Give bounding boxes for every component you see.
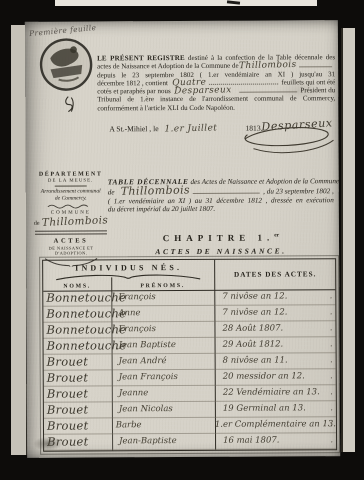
cell-nom: Bonnetouche bbox=[43, 306, 111, 321]
table-row: Bonnetouche François 28 Août 1807.. bbox=[43, 321, 335, 339]
cell-date: 29 Août 1812.. bbox=[215, 337, 336, 353]
departement-label: DÉPARTEMENT bbox=[32, 171, 110, 177]
cell-nom: Brouet bbox=[44, 402, 112, 417]
header-individus-nes: INDIVIDUS NÉS. NOMS. PRÉNOMS. bbox=[43, 260, 214, 291]
table-header: INDIVIDUS NÉS. NOMS. PRÉNOMS. DATES DES … bbox=[43, 259, 335, 292]
cell-nom: Brouet bbox=[44, 354, 112, 369]
table-row: Brouet Jean André 8 nivôse an 11.. bbox=[44, 353, 336, 371]
cell-prenom: François bbox=[111, 290, 214, 306]
group-header-label: INDIVIDUS NÉS. bbox=[43, 263, 214, 273]
row-end-dot: . bbox=[330, 368, 333, 383]
register-note-line2-print: actes de Naissance et Adoption de la Com… bbox=[97, 62, 239, 71]
cell-date: 19 Germinal an 13.. bbox=[215, 401, 336, 417]
binding-mark bbox=[227, 0, 240, 4]
column-header-prenoms: PRÉNOMS. bbox=[111, 283, 214, 290]
commune-name-title-handwritten: Thillombois bbox=[120, 186, 189, 196]
ruled-fill-line bbox=[299, 67, 332, 68]
table-row: Bonnetouche Jean Baptiste 29 Août 1812.. bbox=[44, 337, 336, 355]
cell-prenom: Jeanne bbox=[112, 386, 215, 402]
commune-handwritten-line: de Thillombois bbox=[32, 216, 110, 228]
row-end-dot: . bbox=[330, 416, 333, 431]
date-text: 28 Août 1807. bbox=[222, 323, 283, 333]
double-rule bbox=[35, 231, 107, 235]
chapter-heading: CHAPITRE 1.er ACTES DE NAISSANCE. bbox=[108, 232, 334, 256]
arrondissement-name: de Commercy. bbox=[32, 195, 110, 202]
row-end-dot: . bbox=[330, 432, 333, 447]
register-note-line4-b: feuillets qui ont été bbox=[281, 78, 335, 87]
date-text: 7 nivôse an 12. bbox=[222, 307, 287, 317]
president-signature: Desparseux bbox=[235, 112, 339, 161]
row-end-dot: . bbox=[330, 352, 333, 367]
date-text: 16 mai 1807. bbox=[223, 435, 279, 445]
register-note-line6: Tribunal de 1.ère instance de l'arrondis… bbox=[97, 95, 335, 105]
cell-prenom: Jean François bbox=[112, 370, 215, 386]
table-row: Brouet Barbe 1.er Complémentaire an 13.. bbox=[44, 417, 336, 435]
column-header-dates: DATES DES ACTES. bbox=[214, 259, 335, 290]
paraph-mark bbox=[61, 96, 77, 114]
commune-de: de bbox=[34, 221, 40, 227]
subcolumn-labels: NOMS. PRÉNOMS. bbox=[43, 283, 214, 290]
cell-date: 1.er Complémentaire an 13.. bbox=[207, 417, 336, 433]
scan-top-edge bbox=[55, 0, 317, 6]
table-row: Brouet Jean François 20 messidor an 12.. bbox=[44, 369, 336, 387]
date-text: 1.er Complémentaire an 13. bbox=[215, 419, 336, 430]
cell-date: 16 mai 1807.. bbox=[215, 433, 336, 449]
date-text: 19 Germinal an 13. bbox=[223, 403, 306, 413]
row-end-dot: . bbox=[330, 320, 333, 335]
cell-date: 28 Août 1807.. bbox=[214, 321, 335, 337]
scanned-register-page: Première feuille LE PRÉSENT REGISTRE des… bbox=[0, 0, 364, 480]
table-title-de: de bbox=[108, 188, 115, 197]
actes-sublabel: DE NAISSANCE ET D'ADOPTION. bbox=[32, 246, 110, 256]
thin-rule bbox=[54, 185, 87, 186]
commune-name-margin: Thillombois bbox=[41, 214, 108, 229]
cell-nom: Bonnetouche bbox=[44, 338, 112, 353]
column-header-noms: NOMS. bbox=[43, 283, 111, 289]
register-declaration: LE PRÉSENT REGISTRE destiné à la confect… bbox=[97, 53, 335, 112]
cell-nom: Bonnetouche bbox=[43, 322, 111, 337]
table-row: Brouet Jean-Baptiste 16 mai 1807.. bbox=[44, 433, 336, 451]
chapter-title-text: CHAPITRE 1. bbox=[163, 233, 275, 244]
row-end-dot: . bbox=[330, 400, 333, 415]
cell-nom: Bonnetouche bbox=[43, 290, 111, 305]
cell-date: 7 nivôse an 12.. bbox=[214, 305, 335, 321]
cell-prenom: Anne bbox=[111, 306, 214, 322]
table-title-line1-rest: des Actes de Naissance et Adoption de la… bbox=[189, 177, 339, 186]
subcolumn-divider bbox=[111, 277, 112, 290]
row-end-dot: . bbox=[330, 336, 333, 351]
decennial-table-title: TABLE DÉCENNALE des Actes de Naissance e… bbox=[108, 177, 334, 214]
ruled-fill-line bbox=[239, 92, 297, 93]
register-note-line5-b: Président du bbox=[300, 86, 335, 94]
row-end-dot: . bbox=[330, 288, 333, 303]
table-row: Bonnetouche Anne 7 nivôse an 12.. bbox=[43, 305, 335, 323]
register-page: Première feuille LE PRÉSENT REGISTRE des… bbox=[25, 20, 340, 458]
place-printed: A St.-Mihiel , le bbox=[109, 124, 158, 133]
commune-name-handwritten: Thillombois bbox=[239, 61, 297, 70]
date-text: 29 Août 1812. bbox=[223, 339, 284, 349]
chapter-title: CHAPITRE 1.er bbox=[108, 232, 334, 243]
departement-name: DE LA MEUSE. bbox=[32, 178, 110, 183]
register-note-line7: conformément à l'article XLI du Code Nap… bbox=[97, 103, 335, 113]
cell-date: 20 messidor an 12.. bbox=[215, 369, 336, 385]
cell-nom: Brouet bbox=[44, 434, 112, 449]
date-text: 20 messidor an 12. bbox=[223, 371, 305, 381]
date-handwritten: 1.er Juillet bbox=[164, 124, 217, 133]
register-note-lead: LE PRÉSENT REGISTRE bbox=[97, 54, 185, 62]
cell-nom: Brouet bbox=[44, 418, 109, 433]
date-text: 22 Vendémiaire an 13. bbox=[223, 387, 320, 398]
date-text: 7 nivôse an 12. bbox=[222, 291, 287, 301]
squiggle-divider bbox=[46, 204, 96, 210]
arrondissement-label: Arrondissement communal bbox=[32, 188, 110, 195]
table-title-line4: du décret impérial du 20 juillet 1807. bbox=[108, 205, 334, 215]
margin-administrative-block: DÉPARTEMENT DE LA MEUSE. Arrondissement … bbox=[32, 171, 111, 268]
ruled-fill-line bbox=[193, 192, 260, 193]
cell-date: 22 Vendémiaire an 13.. bbox=[215, 385, 336, 401]
chapter-title-superscript: er bbox=[274, 232, 279, 238]
cell-prenom: Jean Nicolas bbox=[112, 402, 215, 418]
table-row: Brouet Jeanne 22 Vendémiaire an 13.. bbox=[44, 385, 336, 403]
table-title-line2-b: , du 23 septembre 1802 , bbox=[263, 187, 334, 196]
table-body: Bonnetouche François 7 nivôse an 12.. Bo… bbox=[43, 289, 336, 451]
chapter-subtitle: ACTES DE NAISSANCE. bbox=[108, 246, 334, 256]
page-edge-right bbox=[341, 28, 355, 452]
cell-nom: Brouet bbox=[44, 386, 112, 401]
table-row: Brouet Jean Nicolas 19 Germinal an 13.. bbox=[44, 401, 336, 419]
table-title-line2: de Thillombois , du 23 septembre 1802 , bbox=[108, 186, 334, 197]
actes-label: ACTES bbox=[32, 238, 110, 245]
date-text: 8 nivôse an 11. bbox=[223, 355, 288, 365]
cell-prenom: François bbox=[111, 322, 214, 338]
cell-date: 7 nivôse an 12.. bbox=[214, 289, 335, 305]
cell-prenom: Barbe bbox=[109, 418, 207, 434]
cell-nom: Brouet bbox=[44, 370, 112, 385]
row-end-dot: . bbox=[330, 304, 333, 319]
row-end-dot: . bbox=[330, 384, 333, 399]
table-row-empty bbox=[44, 449, 336, 461]
official-seal-stamp bbox=[34, 33, 98, 97]
header-brace bbox=[53, 273, 203, 281]
cell-prenom: Jean-Baptiste bbox=[112, 434, 215, 450]
cell-prenom: Jean Baptiste bbox=[112, 338, 215, 354]
table-row: Bonnetouche François 7 nivôse an 12.. bbox=[43, 289, 335, 307]
cell-prenom: Jean André bbox=[112, 354, 215, 370]
president-name-handwritten: Desparseux bbox=[175, 86, 233, 95]
births-table: INDIVIDUS NÉS. NOMS. PRÉNOMS. DATES DES … bbox=[42, 258, 337, 452]
cell-date: 8 nivôse an 11.. bbox=[215, 353, 336, 369]
